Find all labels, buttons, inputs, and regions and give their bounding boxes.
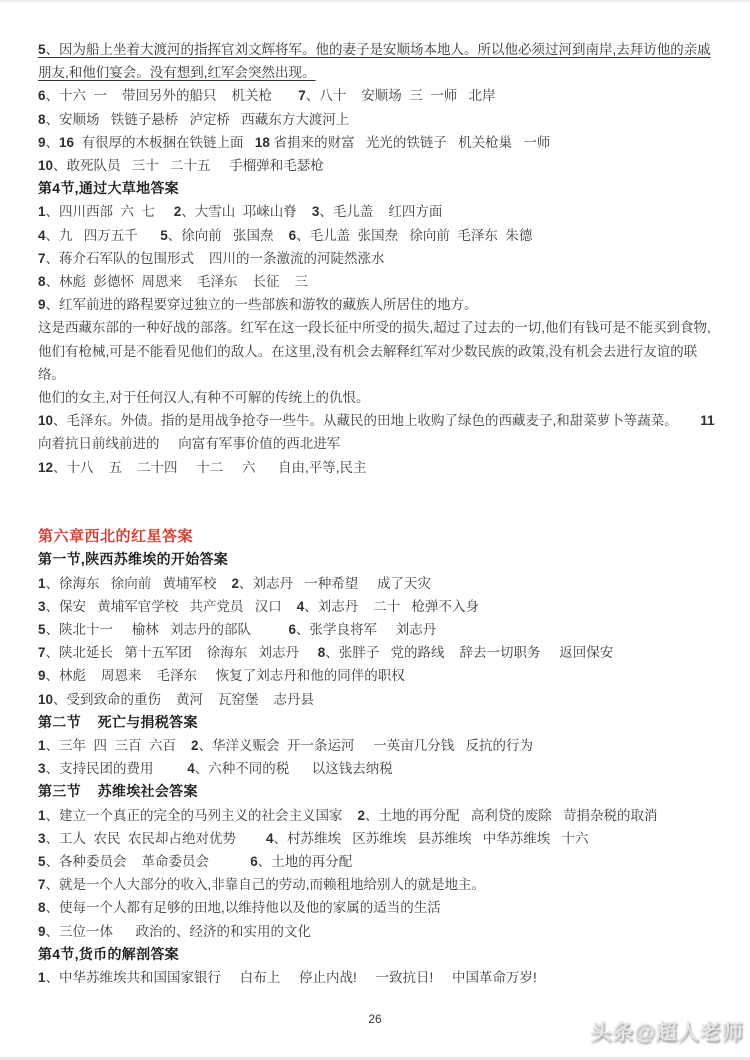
page-top-edge xyxy=(0,0,750,2)
doc-line: 向着抗日前线前进的 向富有军事价值的西北进军 xyxy=(38,432,716,455)
doc-line: 12、十八 五 二十四 十二 六 自由,平等,民主 xyxy=(38,456,716,479)
blank-line xyxy=(38,502,716,525)
section-heading: 第4节,通过大草地答案 xyxy=(38,177,716,200)
doc-line: 1、三年 四 三百 六百 2、华洋义赈会 开一条运河 一英亩几分钱 反抗的行为 xyxy=(38,734,716,757)
doc-line: 1、徐海东 徐向前 黄埔军校 2、刘志丹 一种希望 成了天灾 xyxy=(38,572,716,595)
blank-line xyxy=(38,479,716,502)
doc-line: 8、林彪 彭德怀 周恩来 毛泽东 长征 三 xyxy=(38,270,716,293)
doc-line: 4、九 四万五千 5、徐向前 张国焘 6、毛儿盖 张国焘 徐向前 毛泽东 朱德 xyxy=(38,224,716,247)
doc-line: 9、林彪 周恩来 毛泽东 恢复了刘志丹和他的同伴的职权 xyxy=(38,664,716,687)
section-heading: 第二节 死亡与捐税答案 xyxy=(38,711,716,734)
chapter-heading: 第六章西北的红星答案 xyxy=(38,525,716,548)
watermark: 头条@超人老师 xyxy=(591,1016,744,1046)
doc-line: 3、工人 农民 农民却占绝对优势 4、村苏维埃 区苏维埃 县苏维埃 中华苏维埃 … xyxy=(38,827,716,850)
doc-line: 9、三位一体 政治的、经济的和实用的文化 xyxy=(38,920,716,943)
doc-line: 5、陕北十一 榆林 刘志丹的部队 6、张学良将军 刘志丹 xyxy=(38,618,716,641)
doc-line: 7、就是一个人大部分的收入,非靠自己的劳动,而赖租地给别人的就是地主。 xyxy=(38,873,716,896)
section-heading: 第一节,陕西苏维埃的开始答案 xyxy=(38,548,716,571)
doc-line: 10、毛泽东。外债。指的是用战争抢夺一些牛。从藏民的田地上收购了绿色的西藏麦子,… xyxy=(38,409,716,432)
document-content: 5、因为船上坐着大渡河的指挥官刘文辉将军。他的妻子是安顺场本地人。所以他必须过河… xyxy=(38,38,716,989)
doc-line: 7、陕北延长 第十五军团 徐海东 刘志丹 8、张胖子 党的路线 辞去一切职务 返… xyxy=(38,641,716,664)
doc-line: 9、16 有很厚的木板捆在铁链上面 18 省捐来的财富 光光的铁链子 机关枪巢 … xyxy=(38,131,716,154)
doc-line: 1、建立一个真正的完全的马列主义的社会主义国家 2、土地的再分配 高利贷的废除 … xyxy=(38,804,716,827)
doc-line: 9、红军前进的路程要穿过独立的一些部族和游牧的藏族人所居住的地方。 xyxy=(38,293,716,316)
doc-line: 这是西藏东部的一种好战的部落。红军在这一段长征中所受的损失,超过了过去的一切,他… xyxy=(38,316,716,386)
doc-line: 他们的女主,对于任何汉人,有种不可解的传统上的仇恨。 xyxy=(38,386,716,409)
section-heading: 第三节 苏维埃社会答案 xyxy=(38,780,716,803)
doc-line: 5、各种委员会 革命委员会 6、土地的再分配 xyxy=(38,850,716,873)
section-heading: 第4节,货币的解剖答案 xyxy=(38,943,716,966)
doc-line: 3、保安 黄埔军官学校 共产党员 汉口 4、刘志丹 二十 枪弹不入身 xyxy=(38,595,716,618)
doc-line: 3、支持民团的费用 4、六种不同的税 以这钱去纳税 xyxy=(38,757,716,780)
doc-line: 7、蒋介石军队的包围形式 四川的一条激流的河陡然涨水 xyxy=(38,247,716,270)
doc-line: 6、十六 一 带回另外的船只 机关枪 7、八十 安顺场 三 一师 北岸 xyxy=(38,84,716,107)
doc-line: 10、受到致命的重伤 黄河 瓦窑堡 志丹县 xyxy=(38,688,716,711)
doc-line: 1、中华苏维埃共和国国家银行 白布上 停止内战! 一致抗日! 中国革命万岁! xyxy=(38,966,716,989)
doc-line: 8、使每一个人都有足够的田地,以维持他以及他的家属的适当的生活 xyxy=(38,896,716,919)
doc-line: 10、敢死队员 三十 二十五 手榴弹和毛瑟枪 xyxy=(38,154,716,177)
doc-line: 1、四川西部 六 七 2、大雪山 邛崃山脊 3、毛儿盖 红四方面 xyxy=(38,200,716,223)
doc-line: 8、安顺场 铁链子悬桥 泸定桥 西藏东方大渡河上 xyxy=(38,108,716,131)
underlined-answer: 5、因为船上坐着大渡河的指挥官刘文辉将军。他的妻子是安顺场本地人。所以他必须过河… xyxy=(38,38,716,84)
